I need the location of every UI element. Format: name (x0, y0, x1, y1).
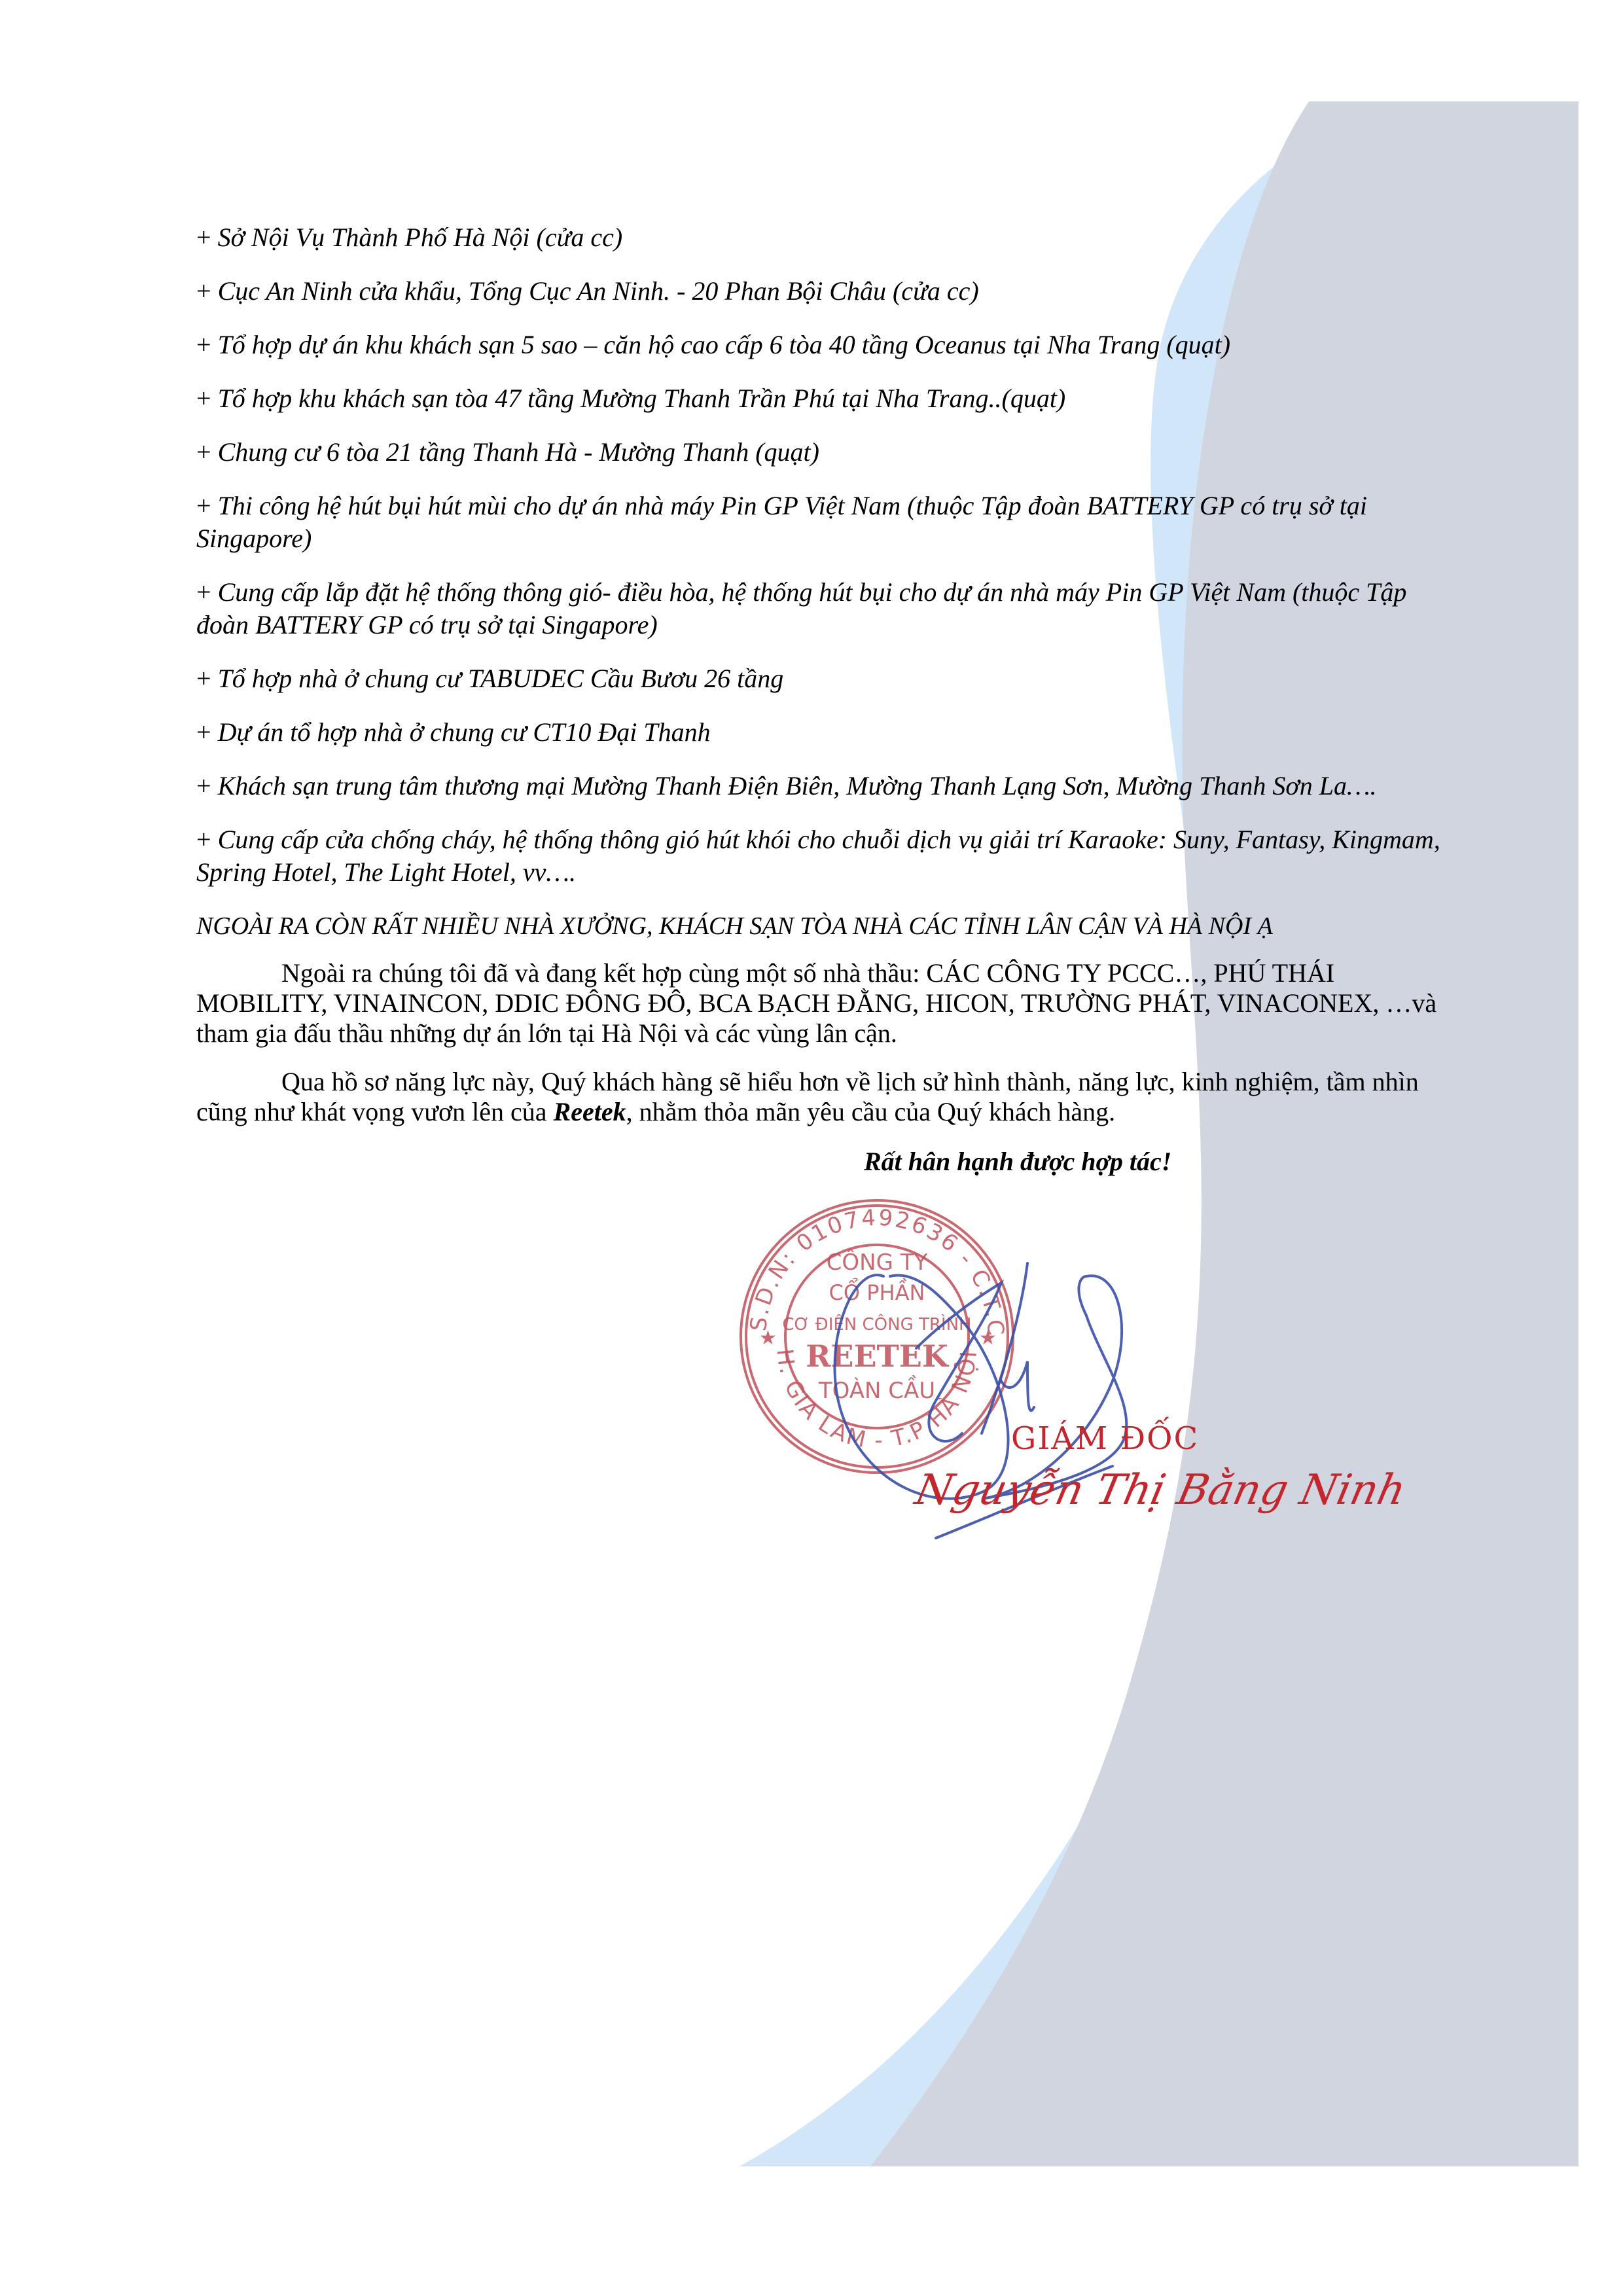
project-text: Khách sạn trung tâm thương mại Mường Tha… (218, 771, 1377, 800)
bullet-plus: + (196, 771, 211, 800)
project-item: + Cục An Ninh cửa khẩu, Tổng Cục An Ninh… (196, 275, 1453, 308)
project-item: + Cung cấp lắp đặt hệ thống thông gió- đ… (196, 576, 1453, 641)
project-item: + Khách sạn trung tâm thương mại Mường T… (196, 770, 1453, 802)
project-item: + Tổ hợp khu khách sạn tòa 47 tầng Mường… (196, 382, 1453, 415)
signer-title: GIÁM ĐỐC (1011, 1420, 1199, 1457)
stamp-line-1: CÔNG TY (827, 1249, 928, 1276)
stamp-line-2: CỔ PHẦN (829, 1277, 925, 1305)
project-list: + Sở Nội Vụ Thành Phố Hà Nội (cửa cc)+ C… (196, 221, 1453, 889)
project-item: + Sở Nội Vụ Thành Phố Hà Nội (cửa cc) (196, 221, 1453, 254)
document-body: + Sở Nội Vụ Thành Phố Hà Nội (cửa cc)+ C… (196, 221, 1453, 1178)
partners-paragraph: Ngoài ra chúng tôi đã và đang kết hợp cù… (196, 958, 1453, 1049)
project-item: + Tổ hợp nhà ở chung cư TABUDEC Cầu Bươu… (196, 662, 1453, 695)
stamp-star-right: ★ (979, 1327, 997, 1350)
bullet-plus: + (196, 825, 211, 854)
project-text: Tổ hợp dự án khu khách sạn 5 sao – căn h… (218, 330, 1231, 359)
stamp-star-left: ★ (759, 1327, 777, 1350)
project-text: Cung cấp lắp đặt hệ thống thông gió- điề… (196, 577, 1406, 639)
project-text: Thi công hệ hút bụi hút mùi cho dự án nh… (196, 491, 1367, 553)
project-item: + Cung cấp cửa chống cháy, hệ thống thôn… (196, 823, 1453, 889)
project-text: Tổ hợp nhà ở chung cư TABUDEC Cầu Bươu 2… (218, 664, 784, 693)
bullet-plus: + (196, 491, 211, 520)
bullet-plus: + (196, 276, 211, 306)
summary-text-after: , nhằm thỏa mãn yêu cầu của Quý khách hà… (626, 1097, 1116, 1126)
bullet-plus: + (196, 664, 211, 693)
company-stamp: M.S.D.N: 0107492636 - C.T.C.P H. GIA LÂM… (720, 1185, 1309, 1577)
project-text: Cung cấp cửa chống cháy, hệ thống thông … (196, 825, 1440, 887)
bullet-plus: + (196, 330, 211, 359)
signer-name: Nguyễn Thị Bằng Ninh (911, 1466, 1410, 1515)
project-item: + Chung cư 6 tòa 21 tầng Thanh Hà - Mườn… (196, 436, 1453, 469)
stamp-line-3: CƠ ĐIỆN CÔNG TRÌNH (782, 1314, 971, 1335)
stamp-line-5: TOÀN CẦU (818, 1375, 935, 1404)
stamp-line-4: REETEK (806, 1338, 950, 1374)
bullet-plus: + (196, 577, 211, 607)
summary-paragraph: Qua hồ sơ năng lực này, Quý khách hàng s… (196, 1067, 1453, 1127)
bullet-plus: + (196, 717, 211, 747)
brand-name: Reetek (554, 1097, 626, 1126)
project-text: Sở Nội Vụ Thành Phố Hà Nội (cửa cc) (218, 223, 623, 252)
project-text: Tổ hợp khu khách sạn tòa 47 tầng Mường T… (218, 384, 1066, 413)
closing-line: Rất hân hạnh được hợp tác! (196, 1145, 1453, 1178)
project-item: + Tổ hợp dự án khu khách sạn 5 sao – căn… (196, 329, 1453, 361)
project-text: Chung cư 6 tòa 21 tầng Thanh Hà - Mường … (218, 437, 819, 467)
bullet-plus: + (196, 384, 211, 413)
bullet-plus: + (196, 437, 211, 467)
bullet-plus: + (196, 223, 211, 252)
project-text: Dự án tổ hợp nhà ở chung cư CT10 Đại Tha… (218, 717, 711, 747)
more-projects-note: NGOÀI RA CÒN RẤT NHIỀU NHÀ XƯỞNG, KHÁCH … (196, 910, 1453, 942)
project-item: + Dự án tổ hợp nhà ở chung cư CT10 Đại T… (196, 716, 1453, 749)
project-text: Cục An Ninh cửa khẩu, Tổng Cục An Ninh. … (218, 276, 979, 306)
project-item: + Thi công hệ hút bụi hút mùi cho dự án … (196, 490, 1453, 555)
